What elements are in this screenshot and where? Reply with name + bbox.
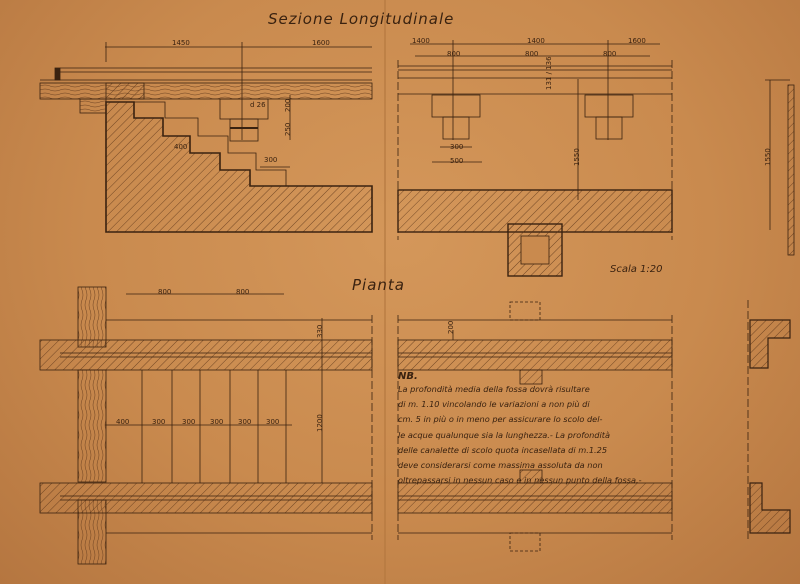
step-last-dim: 300 <box>264 156 277 164</box>
bolt-dim: d 26 <box>250 101 266 109</box>
block-outer: 500 <box>450 157 463 165</box>
step-dim: 400 <box>174 143 187 151</box>
sleeper-1: 800 <box>447 50 460 58</box>
spacing-5: 300 <box>238 418 251 426</box>
note-line: le acque qualunque sia la lunghezza.- La… <box>398 428 678 443</box>
section-left <box>40 42 372 232</box>
vdim-250: 250 <box>284 123 292 136</box>
plan-side <box>748 300 790 540</box>
spacing-3: 300 <box>182 418 195 426</box>
rail-height: 131 / 136 <box>545 56 553 90</box>
dim-right-1: 1400 <box>412 37 430 45</box>
dim-1450: 1450 <box>172 39 190 47</box>
note-label: NB. <box>398 372 678 382</box>
construction-note: NB. La profondità media della fossa dovr… <box>398 372 678 488</box>
plan-dim-1: 800 <box>158 288 171 296</box>
plan-offset: 330 <box>316 325 324 338</box>
spacing-1: 400 <box>116 418 129 426</box>
spacing-6: 300 <box>266 418 279 426</box>
side-dim: 1550 <box>764 148 772 166</box>
section-title: Sezione Longitudinale <box>268 10 454 28</box>
plan-offset-right: 200 <box>447 321 455 334</box>
depth-1550: 1550 <box>573 148 581 166</box>
plan-title: Pianta <box>352 276 405 294</box>
dim-1600: 1600 <box>312 39 330 47</box>
note-line: delle canalette di scolo quota incasella… <box>398 443 678 458</box>
scale-label: Scala 1:20 <box>610 264 663 275</box>
note-line: oltrepassarsi in nessun caso e in nessun… <box>398 473 678 488</box>
dim-right-2: 1400 <box>527 37 545 45</box>
note-line: La profondità media della fossa dovrà ri… <box>398 382 678 397</box>
sleeper-3: 800 <box>603 50 616 58</box>
spacing-2: 300 <box>152 418 165 426</box>
vdim-200: 200 <box>284 99 292 112</box>
plan-width: 1200 <box>316 414 324 432</box>
section-right <box>398 40 672 276</box>
sleeper-2: 800 <box>525 50 538 58</box>
note-line: di m. 1.10 vincolando le variazioni a no… <box>398 397 678 412</box>
note-line: cm. 5 in più o in meno per assicurare lo… <box>398 412 678 427</box>
dim-right-3: 1600 <box>628 37 646 45</box>
plan-dim-2: 800 <box>236 288 249 296</box>
note-line: deve considerarsi come massima assoluta … <box>398 458 678 473</box>
spacing-4: 300 <box>210 418 223 426</box>
block-inner: 300 <box>450 143 463 151</box>
